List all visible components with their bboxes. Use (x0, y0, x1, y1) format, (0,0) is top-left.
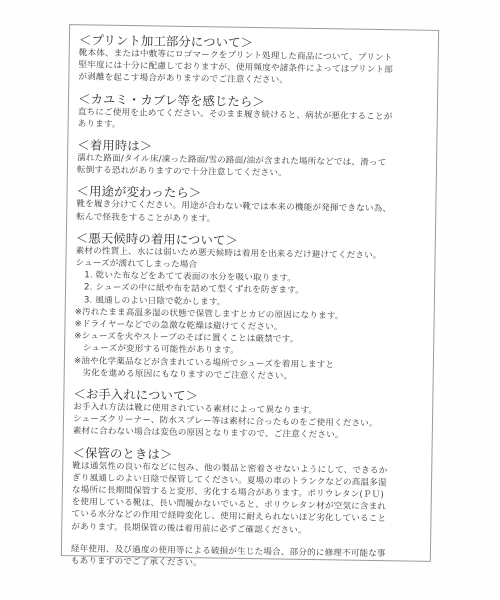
care-instructions-notice: ＜プリント加工部分について＞ 靴本体、または中敷等にロゴマークをプリント処理した… (61, 24, 439, 562)
section-care: ＜お手入れについて＞ お手入れ方法は靴に使用されている素材によって異なります。 … (73, 386, 425, 443)
section-body: 靴本体、または中敷等にロゴマークをプリント処理した商品について、プリント 堅牢度… (78, 47, 430, 89)
section-body: 靴は通気性の良い布などに包み、他の製品と密着させないようにして、できるか ぎり風… (71, 460, 423, 539)
section-bad-weather: ＜悪天候時の着用について＞ 素材の性質上、水には弱いため悪天候時は着用を出来るだ… (74, 230, 427, 385)
section-when-wearing: ＜着用時は＞ 濡れた路面/タイル床/凍った路面/雪の路面/油が含まれた場所などで… (77, 137, 429, 182)
section-body: お手入れ方法は靴に使用されている素材によって異なります。 シューズクリーナー、防… (73, 401, 425, 443)
section-body: 素材の性質上、水には弱いため悪天候時は着用を出来るだけ避けてください。 シューズ… (74, 245, 427, 385)
section-change-of-use: ＜用途が変わったら＞ 靴を履き分けてください。用途が合わない靴では本来の機能が発… (76, 184, 428, 229)
page: ＜プリント加工部分について＞ 靴本体、または中敷等にロゴマークをプリント処理した… (0, 0, 500, 600)
section-body: 靴を履き分けてください。用途が合わない靴では本来の機能が発揮できない為、 転んで… (76, 199, 427, 229)
section-print-processing: ＜プリント加工部分について＞ 靴本体、または中敷等にロゴマークをプリント処理した… (78, 32, 430, 89)
section-body: 直ちにご使用を止めてください。そのまま履き続けると、病状が悪化することが ありま… (78, 106, 429, 136)
section-body: 濡れた路面/タイル床/凍った路面/雪の路面/油が含まれた場所などでは、滑って 転… (77, 152, 428, 182)
closing-disclaimer: 経年使用、及び過度の使用等による破損が生じた場合、部分的に修理不可能な事 もあり… (71, 543, 422, 573)
section-itching-rash: ＜カユミ・カブレ等を感じたら＞ 直ちにご使用を止めてください。そのまま履き続ける… (78, 91, 430, 136)
section-storage: ＜保管のときは＞ 靴は通気性の良い布などに包み、他の製品と密着させないようにして… (71, 445, 423, 539)
